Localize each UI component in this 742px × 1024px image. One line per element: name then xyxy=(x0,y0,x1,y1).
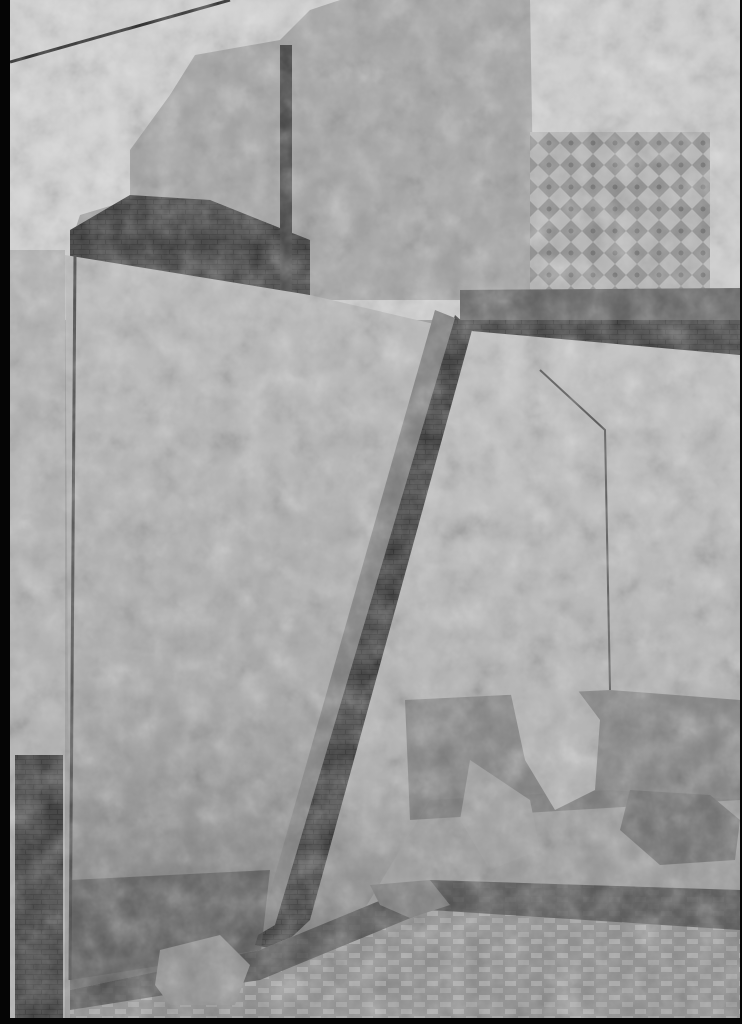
photograph: Interior of a derelict room: crumbling p… xyxy=(10,0,740,1018)
photo-scene xyxy=(10,0,740,1018)
